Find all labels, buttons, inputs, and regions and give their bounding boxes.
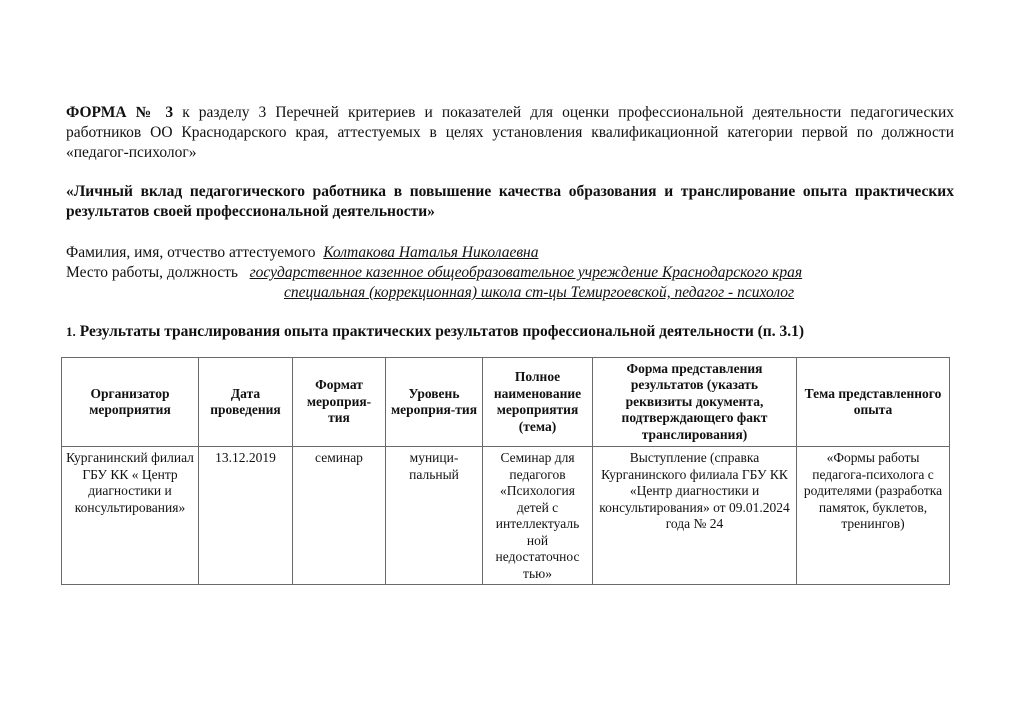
cell-experience-topic: «Формы работы педагога-психолога с родит… (797, 447, 950, 585)
cell-event-name: Семинар для педагогов «Психология детей … (483, 447, 593, 585)
name-label: Фамилия, имя, отчество аттестуемого (66, 244, 315, 261)
form-intro-text: к разделу 3 Перечней критериев и показат… (66, 104, 954, 161)
table-row: Курганинский филиал ГБУ КК « Центр диагн… (62, 447, 950, 585)
section-heading: 1.Результаты транслирования опыта практи… (66, 322, 804, 342)
results-table: Организатор мероприятия Дата проведения … (61, 357, 950, 585)
cell-organizer: Курганинский филиал ГБУ КК « Центр диагн… (62, 447, 199, 585)
section-number: 1. (66, 324, 76, 339)
form-label: ФОРМА № 3 (66, 104, 173, 121)
cell-level: муници-пальный (386, 447, 483, 585)
header-date: Дата проведения (199, 358, 293, 447)
work-label: Место работы, должность (66, 264, 238, 281)
work-field-row-2: специальная (коррекционная) школа ст-цы … (284, 283, 794, 303)
form-intro-paragraph: ФОРМА № 3 к разделу 3 Перечней критериев… (66, 103, 954, 163)
cell-result-form: Выступление (справка Курганинского филиа… (593, 447, 797, 585)
cell-date: 13.12.2019 (199, 447, 293, 585)
header-event-name: Полное наименование мероприятия (тема) (483, 358, 593, 447)
header-result-form: Форма представления результатов (указать… (593, 358, 797, 447)
work-value-line2: специальная (коррекционная) школа ст-цы … (284, 284, 794, 301)
cell-format: семинар (293, 447, 386, 585)
document-title: «Личный вклад педагогического работника … (66, 182, 954, 222)
header-format: Формат мероприя-тия (293, 358, 386, 447)
header-experience-topic: Тема представленного опыта (797, 358, 950, 447)
name-field-row: Фамилия, имя, отчество аттестуемого Колт… (66, 243, 539, 263)
section-title: Результаты транслирования опыта практиче… (80, 323, 804, 340)
work-value-line1: государственное казенное общеобразовател… (250, 264, 803, 281)
header-organizer: Организатор мероприятия (62, 358, 199, 447)
work-field-row: Место работы, должность государственное … (66, 263, 802, 283)
name-value: Колтакова Наталья Николаевна (323, 244, 538, 261)
header-level: Уровень мероприя-тия (386, 358, 483, 447)
table-header-row: Организатор мероприятия Дата проведения … (62, 358, 950, 447)
